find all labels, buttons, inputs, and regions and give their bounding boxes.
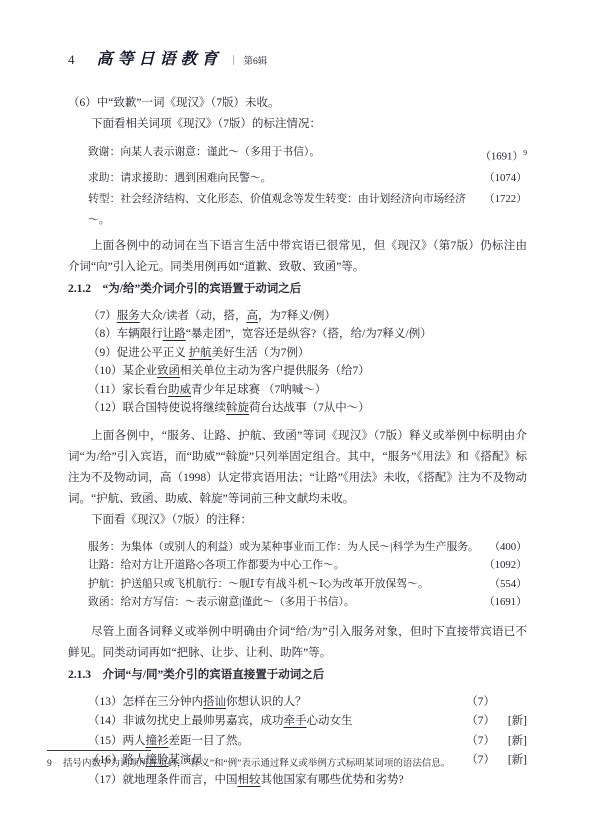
- dict-entry-row: 致谢：向某人表示谢意：谨此～（多用于书信）。（1691）9: [88, 142, 527, 168]
- dict-entry-row: 让路：给对方让开道路◇各项工作都要为中心工作～。（1092）: [88, 556, 527, 575]
- page-body: （6）中“致歉”一词《现汉》（7版）未收。 下面看相关词项《现汉》（7版）的标注…: [68, 93, 527, 790]
- underlined-term: 搭讪: [203, 696, 226, 708]
- footnote: 9 括号内数字为词项所在页码，“释义”和“例”表示通过释义或举例方式标明某词项的…: [47, 757, 529, 772]
- footnote-text: 括号内数字为词项所在页码，“释义”和“例”表示通过释义或举例方式标明某词项的语法…: [63, 757, 529, 772]
- dictionary-entries-block-1: 致谢：向某人表示谢意：谨此～（多用于书信）。（1691）9求助：请求援助：遇到困…: [88, 142, 527, 231]
- underlined-term: 撞衫: [146, 735, 169, 747]
- example-text-segment: 美好生活（为7例）: [212, 347, 310, 359]
- underlined-term: 相较: [238, 774, 261, 786]
- example-text-segment: （7）: [88, 310, 117, 322]
- dictionary-entries-block-2: 服务：为集体（或别人的利益）或为某种事业而工作：为人民～|科学为生产服务。（40…: [88, 538, 527, 612]
- example-text-segment: （12）联合国特使说将继续: [88, 402, 226, 414]
- underlined-term: 斡旋: [226, 402, 249, 414]
- dict-entry-text: 致谢：向某人表示谢意：谨此～（多用于书信）。: [88, 142, 480, 168]
- example-text-segment: （15）两人: [88, 735, 146, 747]
- dict-entry-row: 护航：护送船只或飞机航行：～舰Ⅰ专有战斗机～Ⅰ◇为改革开放保驾～。（554）: [88, 575, 527, 594]
- underlined-term: 服务: [117, 310, 140, 322]
- example-text: （7）服务大众/读者（动，搭，高，为7释义/例）: [88, 307, 527, 326]
- example-row: （9）促进公平正义 护航美好生活（为7例）: [88, 344, 527, 363]
- underlined-term: 高: [246, 310, 258, 322]
- example-row: （11）家长看台助威青少年足球赛 （7呐喊～）: [88, 381, 527, 400]
- example-text-segment: 大众/读者（动，搭，: [140, 310, 247, 322]
- example-text: （9）促进公平正义 护航美好生活（为7例）: [88, 344, 527, 363]
- page-ref: （554）: [489, 575, 527, 594]
- example-text-segment: 相关单位主动为客户提供服务（给7）: [180, 365, 370, 377]
- example-text-segment: （17）就地理条件而言，中国: [88, 774, 238, 786]
- page-ref: （1074）: [484, 168, 527, 189]
- dict-entry-row: 转型：社会经济结构、文化形态、价值观念等发生转变：由计划经济向市场经济～。（17…: [88, 189, 527, 231]
- example-text-segment: 荷台达战事（7从中～）: [249, 402, 370, 414]
- example-text-segment: （10）某企业: [88, 365, 157, 377]
- examples-13-17: （13）怎样在三分钟内搭讪你想认识的人？（7）（14）非诚勿扰史上最帅男嘉宾，成…: [88, 693, 527, 791]
- example-text-segment: （8）车辆限行: [88, 328, 163, 340]
- page-ref: （1691）: [484, 593, 527, 612]
- underlined-term: 致函: [157, 365, 180, 377]
- example-text: （17）就地理条件而言，中国相较其他国家有哪些优势和劣势?: [88, 771, 465, 791]
- example-page-ref: （7）: [465, 712, 495, 732]
- footnote-marker: 9: [47, 757, 63, 772]
- example-row: （10）某企业致函相关单位主动为客户提供服务（给7）: [88, 362, 527, 381]
- new-word-tag: [495, 771, 527, 791]
- underlined-term: 护航: [189, 347, 212, 359]
- page-ref: （1691）9: [480, 142, 527, 168]
- example-text-segment: 你想认识的人？: [226, 696, 307, 708]
- example-page-ref: （7）: [465, 693, 495, 713]
- para-annotation-intro: 下面看相关词项《现汉》（7版）的标注情况：: [68, 114, 527, 135]
- example-row: （13）怎样在三分钟内搭讪你想认识的人？（7）: [88, 693, 527, 713]
- para-notes-intro: 下面看《现汉》（7版）的注释：: [68, 510, 527, 531]
- example-row: （12）联合国特使说将继续斡旋荷台达战事（7从中～）: [88, 399, 527, 418]
- example-text-segment: （14）非诚勿扰史上最帅男嘉宾，成功: [88, 715, 284, 727]
- dict-entry-text: 转型：社会经济结构、文化形态、价值观念等发生转变：由计划经济向市场经济～。: [88, 189, 484, 231]
- dict-entry-row: 致函：给对方写信：～表示谢意|谨此～（多用于书信）。（1691）: [88, 593, 527, 612]
- example-text-segment: ，为7释义/例）: [258, 310, 336, 322]
- para-analysis-conclusion: 尽管上面各词释义或举例中明确由介词“给/为”引入服务对象，但时下直接带宾语已不鲜…: [68, 622, 527, 664]
- example-page-ref: （7）: [465, 732, 495, 752]
- example-text-segment: （9）促进公平正义: [88, 347, 189, 359]
- example-text-segment: “暴走团”，宽容还是纵容?（搭，给/为7释义/例）: [186, 328, 432, 340]
- example-row: （14）非诚勿扰史上最帅男嘉宾，成功牵手心动女生（7）[新]: [88, 712, 527, 732]
- issue-label: 第6辑: [244, 53, 268, 67]
- page-ref: （1722）: [484, 189, 527, 231]
- page-ref: （400）: [489, 538, 527, 557]
- example-text-segment: （11）家长看台: [88, 384, 168, 396]
- example-text: （12）联合国特使说将继续斡旋荷台达战事（7从中～）: [88, 399, 527, 418]
- dict-entry-text: 护航：护送船只或飞机航行：～舰Ⅰ专有战斗机～Ⅰ◇为改革开放保驾～。: [88, 575, 489, 594]
- example-text-segment: 其他国家有哪些优势和劣势?: [261, 774, 404, 786]
- underlined-term: 助威: [168, 384, 191, 396]
- new-word-tag: [新]: [495, 712, 527, 732]
- example-row: （7）服务大众/读者（动，搭，高，为7释义/例）: [88, 307, 527, 326]
- underlined-term: 牵手: [284, 715, 307, 727]
- example-row: （8）车辆限行让路“暴走团”，宽容还是纵容?（搭，给/为7释义/例）: [88, 325, 527, 344]
- dict-entry-text: 求助：请求援助：遇到困难向民警～。: [88, 168, 484, 189]
- examples-7-12: （7）服务大众/读者（动，搭，高，为7释义/例）（8）车辆限行让路“暴走团”，宽…: [88, 307, 527, 418]
- dict-entry-text: 致函：给对方写信：～表示谢意|谨此～（多用于书信）。: [88, 593, 484, 612]
- example-text: （11）家长看台助威青少年足球赛 （7呐喊～）: [88, 381, 527, 400]
- footnote-separator-rule: [47, 750, 151, 751]
- example-text: （13）怎样在三分钟内搭讪你想认识的人？: [88, 693, 465, 713]
- page-header: 4 高等日语教育 ｜ 第6辑: [68, 46, 527, 69]
- example-text-segment: 青少年足球赛 （7呐喊～）: [191, 384, 326, 396]
- dict-entry-text: 让路：给对方让开道路◇各项工作都要为中心工作～。: [88, 556, 484, 575]
- journal-title: 高等日语教育: [97, 46, 223, 69]
- example-text: （10）某企业致函相关单位主动为客户提供服务（给7）: [88, 362, 527, 381]
- dict-entry-row: 求助：请求援助：遇到困难向民警～。（1074）: [88, 168, 527, 189]
- example-page-ref: [465, 771, 495, 791]
- example-row: （17）就地理条件而言，中国相较其他国家有哪些优势和劣势?: [88, 771, 527, 791]
- example-text-segment: （13）怎样在三分钟内: [88, 696, 203, 708]
- example-text: （14）非诚勿扰史上最帅男嘉宾，成功牵手心动女生: [88, 712, 465, 732]
- example-row: （15）两人撞衫差距一目了然。（7）[新]: [88, 732, 527, 752]
- dict-entry-row: 服务：为集体（或别人的利益）或为某种事业而工作：为人民～|科学为生产服务。（40…: [88, 538, 527, 557]
- header-divider: ｜: [229, 52, 239, 67]
- underlined-term: 让路: [163, 328, 186, 340]
- dict-entry-text: 服务：为集体（或别人的利益）或为某种事业而工作：为人民～|科学为生产服务。: [88, 538, 489, 557]
- page-ref: （1092）: [484, 556, 527, 575]
- book-page: 4 高等日语教育 ｜ 第6辑 （6）中“致歉”一词《现汉》（7版）未收。 下面看…: [0, 0, 595, 837]
- new-word-tag: [新]: [495, 732, 527, 752]
- page-number: 4: [68, 52, 75, 68]
- section-heading-2-1-2: 2.1.2 “为/给”类介词介引的宾语置于动词之后: [68, 279, 527, 300]
- section-heading-2-1-3: 2.1.3 介词“与/同”类介引的宾语直接置于动词之后: [68, 665, 527, 686]
- example-text-segment: 差距一目了然。: [169, 735, 250, 747]
- new-word-tag: [495, 693, 527, 713]
- footnote-ref-sup: 9: [523, 148, 527, 157]
- example-text-segment: 心动女生: [307, 715, 353, 727]
- para-example6-note: （6）中“致歉”一词《现汉》（7版）未收。: [68, 93, 527, 114]
- para-verbs-common: 上面各例中的动词在当下语言生活中带宾语已很常见，但《现汉》（第7版）仍标注由介词…: [68, 236, 527, 278]
- para-analysis-weigei: 上面各例中，“服务、让路、护航、致函”等词《现汉》（7版）释义或举例中标明由介词…: [68, 426, 527, 510]
- footnote-area: 9 括号内数字为词项所在页码，“释义”和“例”表示通过释义或举例方式标明某词项的…: [47, 750, 529, 772]
- example-text: （15）两人撞衫差距一目了然。: [88, 732, 465, 752]
- example-text: （8）车辆限行让路“暴走团”，宽容还是纵容?（搭，给/为7释义/例）: [88, 325, 527, 344]
